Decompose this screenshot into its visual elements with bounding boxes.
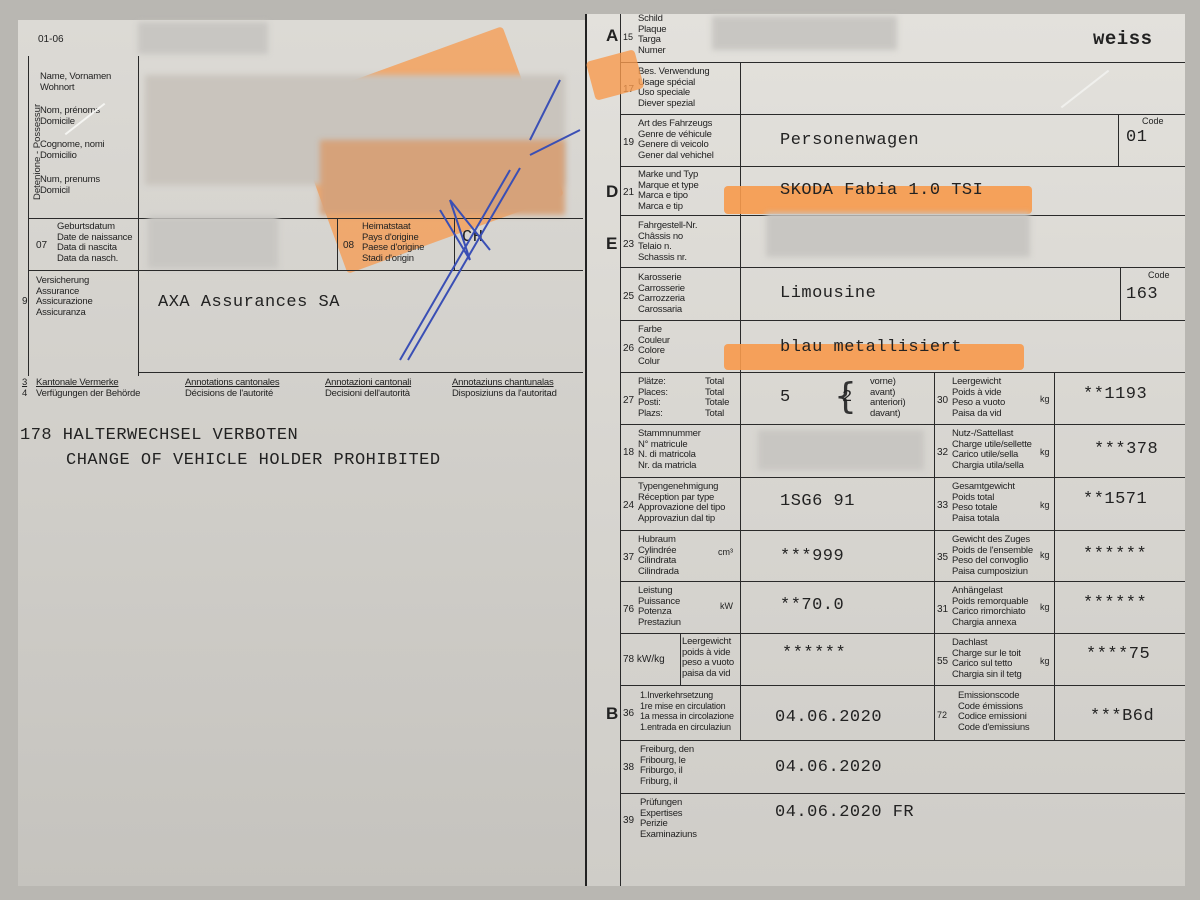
field-31-number: 31	[937, 604, 948, 615]
displacement-value: ***999	[780, 547, 844, 566]
unit-kg: kg	[1040, 394, 1050, 404]
body-label: KarosserieCarrosserieCarrozzeriaCarossar…	[638, 273, 685, 315]
annotations-rm: Annotaziuns chantunalasDisposiziuns da l…	[452, 378, 557, 399]
vehicle-type-code: 01	[1126, 128, 1147, 147]
unit-cm3: cm³	[718, 547, 733, 557]
seats-front-value: 2	[842, 388, 853, 407]
field-78-number: 78 kW/kg	[623, 654, 665, 665]
redacted-birthdate	[148, 216, 278, 268]
type-approval-label: TypengenehmigungRéception par typeApprov…	[638, 482, 725, 524]
annotations-fr: Annotations cantonalesDécisions de l'aut…	[185, 378, 279, 399]
insurance-value: AXA Assurances SA	[158, 293, 340, 312]
field-55-number: 55	[937, 656, 948, 667]
field-35-number: 35	[937, 552, 948, 563]
unit-kg: kg	[1040, 602, 1050, 612]
annotation-numbers: 34	[22, 378, 27, 399]
field-08-number: 08	[343, 240, 354, 251]
holder-label-rm: Num, prenumsDomicil	[40, 175, 100, 196]
special-use-label: Bes. VerwendungUsage spécialUso speciale…	[638, 67, 709, 109]
issue-place-label: Freiburg, denFribourg, leFriburgo, ilFri…	[640, 745, 694, 787]
power-to-weight-value: ******	[782, 644, 846, 663]
unit-kw: kW	[720, 601, 733, 611]
empty-weight-label: LeergewichtPoids à videPeso a vuotoPaisa…	[952, 377, 1005, 419]
field-33-number: 33	[937, 500, 948, 511]
vehicle-type-value: Personenwagen	[780, 131, 919, 150]
form-code: 01-06	[38, 34, 64, 45]
seats-total-label: TotalTotalTotaleTotal	[705, 377, 729, 419]
unit-kg: kg	[1040, 550, 1050, 560]
roof-load-value: ****75	[1086, 645, 1150, 664]
field-72-number: 72	[937, 710, 947, 720]
body-code: 163	[1126, 285, 1158, 304]
row-letter-a: A	[606, 26, 618, 46]
redacted-chassis-number	[766, 213, 1030, 257]
row-letter-e: E	[606, 234, 617, 254]
plate-label: SchildPlaqueTargaNumer	[638, 14, 666, 56]
train-weight-value: ******	[1083, 545, 1147, 564]
type-approval-value: 1SG6 91	[780, 492, 855, 511]
field-19-number: 19	[623, 137, 634, 148]
field-32-number: 32	[937, 447, 948, 458]
field-18-number: 18	[623, 447, 634, 458]
remark-holder-change-en: CHANGE OF VEHICLE HOLDER PROHIBITED	[66, 451, 441, 470]
field-26-number: 26	[623, 343, 634, 354]
emission-code-label: EmissionscodeCode émissionsCodice emissi…	[958, 691, 1029, 733]
document-color-marker: weiss	[1093, 28, 1153, 50]
payload-value: ***378	[1094, 440, 1158, 459]
empty-weight-value: **1193	[1083, 385, 1147, 404]
master-number-label: StammnummerN° matriculeN. di matricolaNr…	[638, 429, 701, 471]
inspection-label: PrüfungenExpertisesPerizieExaminaziuns	[640, 798, 697, 840]
make-model-value: SKODA Fabia 1.0 TSI	[780, 181, 983, 200]
unit-kg: kg	[1040, 500, 1050, 510]
code-label: Code	[1148, 270, 1170, 280]
remark-holder-change-de: 178 HALTERWECHSEL VERBOTEN	[20, 426, 298, 445]
field-23-number: 23	[623, 239, 634, 250]
body-value: Limousine	[780, 284, 876, 303]
field-15-number: 15	[623, 32, 633, 42]
inspection-value: 04.06.2020 FR	[775, 803, 914, 822]
towing-capacity-label: AnhängelastPoids remorquableCarico rimor…	[952, 586, 1028, 628]
train-weight-label: Gewicht des ZugesPoids de l'ensemblePeso…	[952, 535, 1033, 577]
color-value: blau metallisiert	[780, 338, 962, 357]
redacted-field	[138, 22, 268, 54]
towing-capacity-value: ******	[1083, 594, 1147, 613]
power-to-weight-label: Leergewichtpoids à videpeso a vuotopaisa…	[682, 637, 734, 679]
payload-label: Nutz-/SattellastCharge utile/selletteCar…	[952, 429, 1032, 471]
total-weight-value: **1571	[1083, 490, 1147, 509]
field-38-number: 38	[623, 762, 634, 773]
issue-date-value: 04.06.2020	[775, 758, 882, 777]
holder-label-it: Cognome, nomiDomicilio	[40, 140, 104, 161]
seats-front-label: vorne)avant)anteriori)davant)	[870, 377, 906, 419]
field-09-number: 9	[22, 296, 28, 307]
field-37-number: 37	[623, 552, 634, 563]
field-36-number: 36	[623, 708, 634, 719]
power-value: **70.0	[780, 596, 844, 615]
roof-load-label: DachlastCharge sur le toitCarico sul tet…	[952, 638, 1022, 680]
row-letter-d: D	[606, 182, 618, 202]
insurance-label: VersicherungAssuranceAssicurazioneAssicu…	[36, 276, 93, 318]
emission-code-value: ***B6d	[1090, 707, 1154, 726]
code-label: Code	[1142, 116, 1164, 126]
pen-signature-mark	[380, 60, 600, 370]
field-24-number: 24	[623, 500, 634, 511]
field-30-number: 30	[937, 395, 948, 406]
field-07-number: 07	[36, 240, 47, 251]
field-25-number: 25	[623, 291, 634, 302]
redacted-plate-number	[712, 16, 897, 50]
annotations-it: Annotazioni cantonaliDecisioni dell'auto…	[325, 378, 411, 399]
seats-label: Plätze:Places:Posti:Plazs:	[638, 377, 668, 419]
make-model-label: Marke und TypMarque et typeMarca e tipoM…	[638, 170, 699, 212]
vehicle-type-label: Art des FahrzeugsGenre de véhiculeGenere…	[638, 119, 714, 161]
birthdate-label: GeburtsdatumDate de naissanceData di nas…	[57, 222, 132, 264]
color-label: FarbeCouleurColoreColur	[638, 325, 670, 367]
field-21-number: 21	[623, 187, 634, 198]
chassis-label: Fahrgestell-Nr.Châssis noTelaio n.Schass…	[638, 221, 697, 263]
redacted-master-number	[758, 430, 924, 470]
power-label: LeistungPuissancePotenzaPrestaziun	[638, 586, 681, 628]
field-39-number: 39	[623, 815, 634, 826]
unit-kg: kg	[1040, 656, 1050, 666]
holder-label-de: Name, VornamenWohnort	[40, 72, 111, 93]
field-27-number: 27	[623, 395, 634, 406]
displacement-label: HubraumCylindréeCilindrataCilindrada	[638, 535, 679, 577]
total-weight-label: GesamtgewichtPoids totalPeso totalePaisa…	[952, 482, 1015, 524]
first-registration-value: 04.06.2020	[775, 708, 882, 727]
field-76-number: 76	[623, 604, 634, 615]
seats-total-value: 5	[780, 388, 791, 407]
row-letter-b: B	[606, 704, 618, 724]
first-registration-label: 1.Inverkehrsetzung1re mise en circulatio…	[640, 690, 734, 732]
holder-label-fr: Nom, prénomsDomicile	[40, 106, 100, 127]
unit-kg: kg	[1040, 447, 1050, 457]
annotations-de: Kantonale VermerkeVerfügungen der Behörd…	[36, 378, 140, 399]
